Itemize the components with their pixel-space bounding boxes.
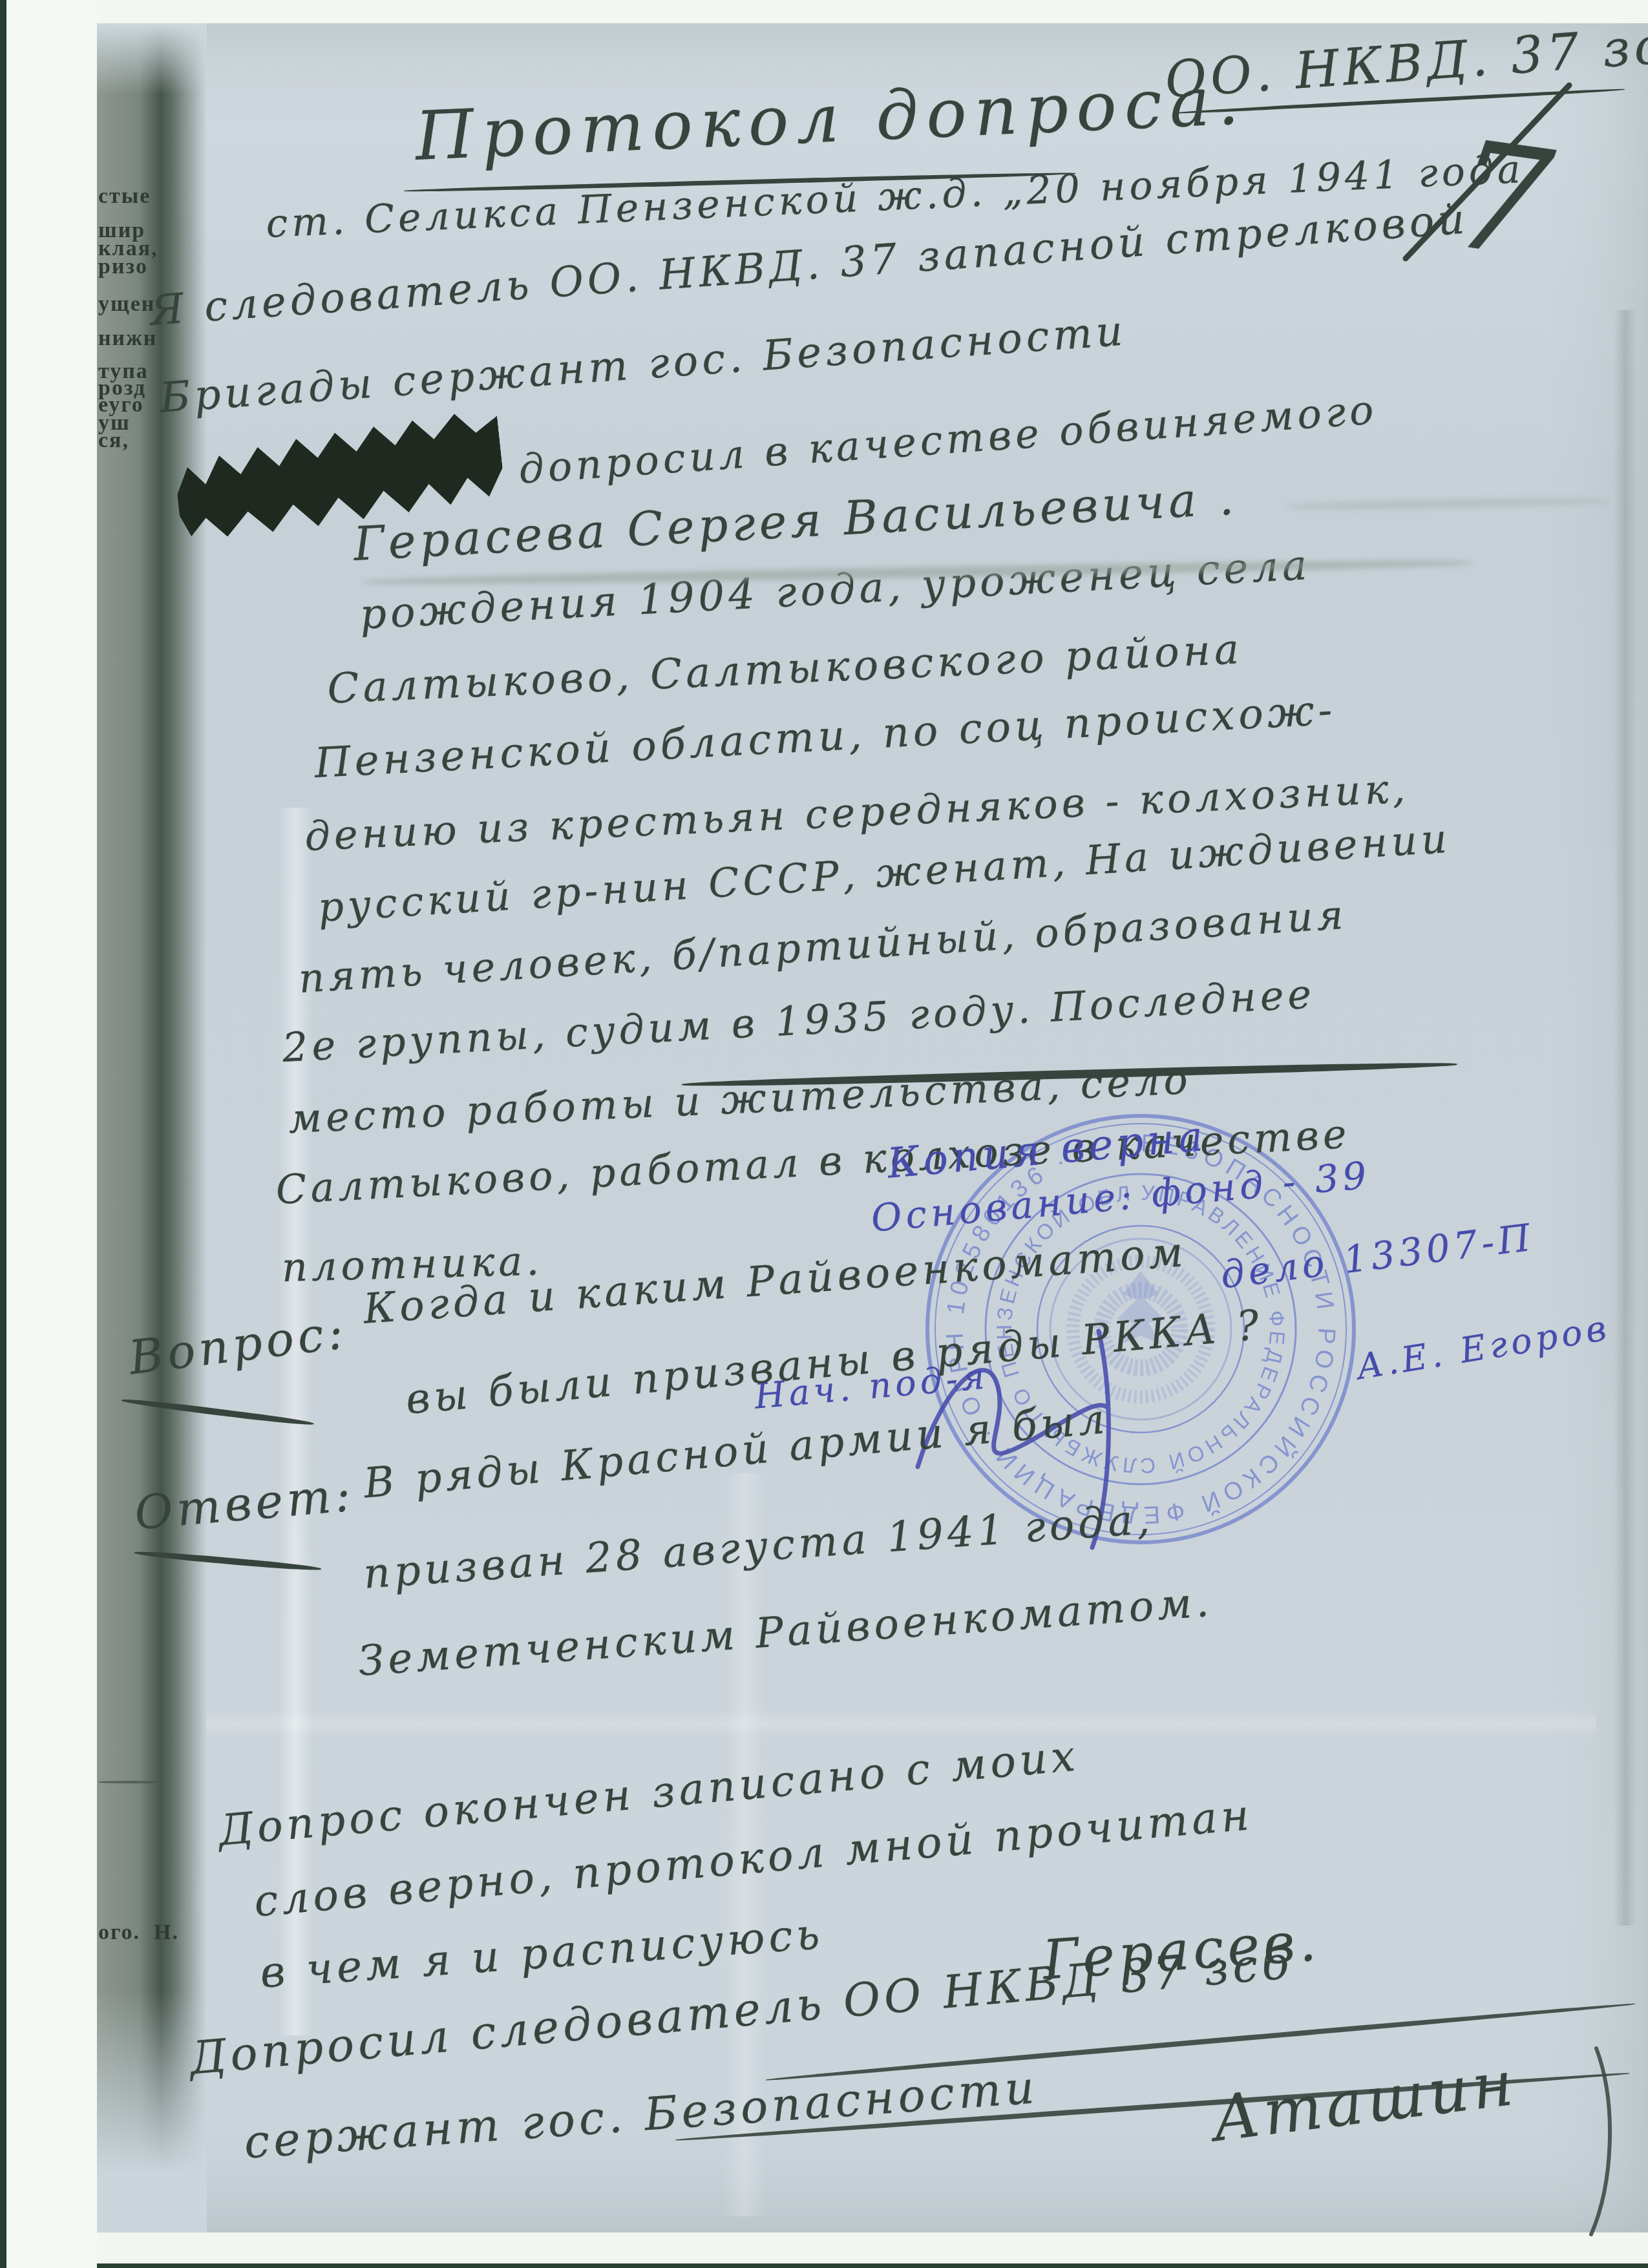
- printed-margin-fragment: ого. Н.: [98, 1920, 179, 1945]
- gutter-fade: [97, 1990, 207, 2236]
- printed-margin-fragment: стые: [98, 184, 151, 209]
- scanned-document: БЕЗОПАСНОСТИ РОССИЙСКОЙ ФЕДЕРАЦИИ · ОГРН…: [0, 0, 1648, 2268]
- loose-sheet-edge: [6, 0, 97, 2268]
- printed-margin-fragment: ущен: [98, 292, 155, 317]
- sheet-bottom-edge: [97, 2232, 1648, 2263]
- sheet-top-edge: [97, 0, 1648, 23]
- book-gutter-shadow: [97, 23, 207, 2232]
- printed-margin-fragment: ризо: [98, 255, 148, 279]
- printed-margin-fragment: ся,: [98, 428, 129, 453]
- printed-margin-fragment: нижн: [98, 326, 157, 351]
- gutter-fade: [97, 23, 207, 94]
- margin-mark: [98, 1781, 163, 1783]
